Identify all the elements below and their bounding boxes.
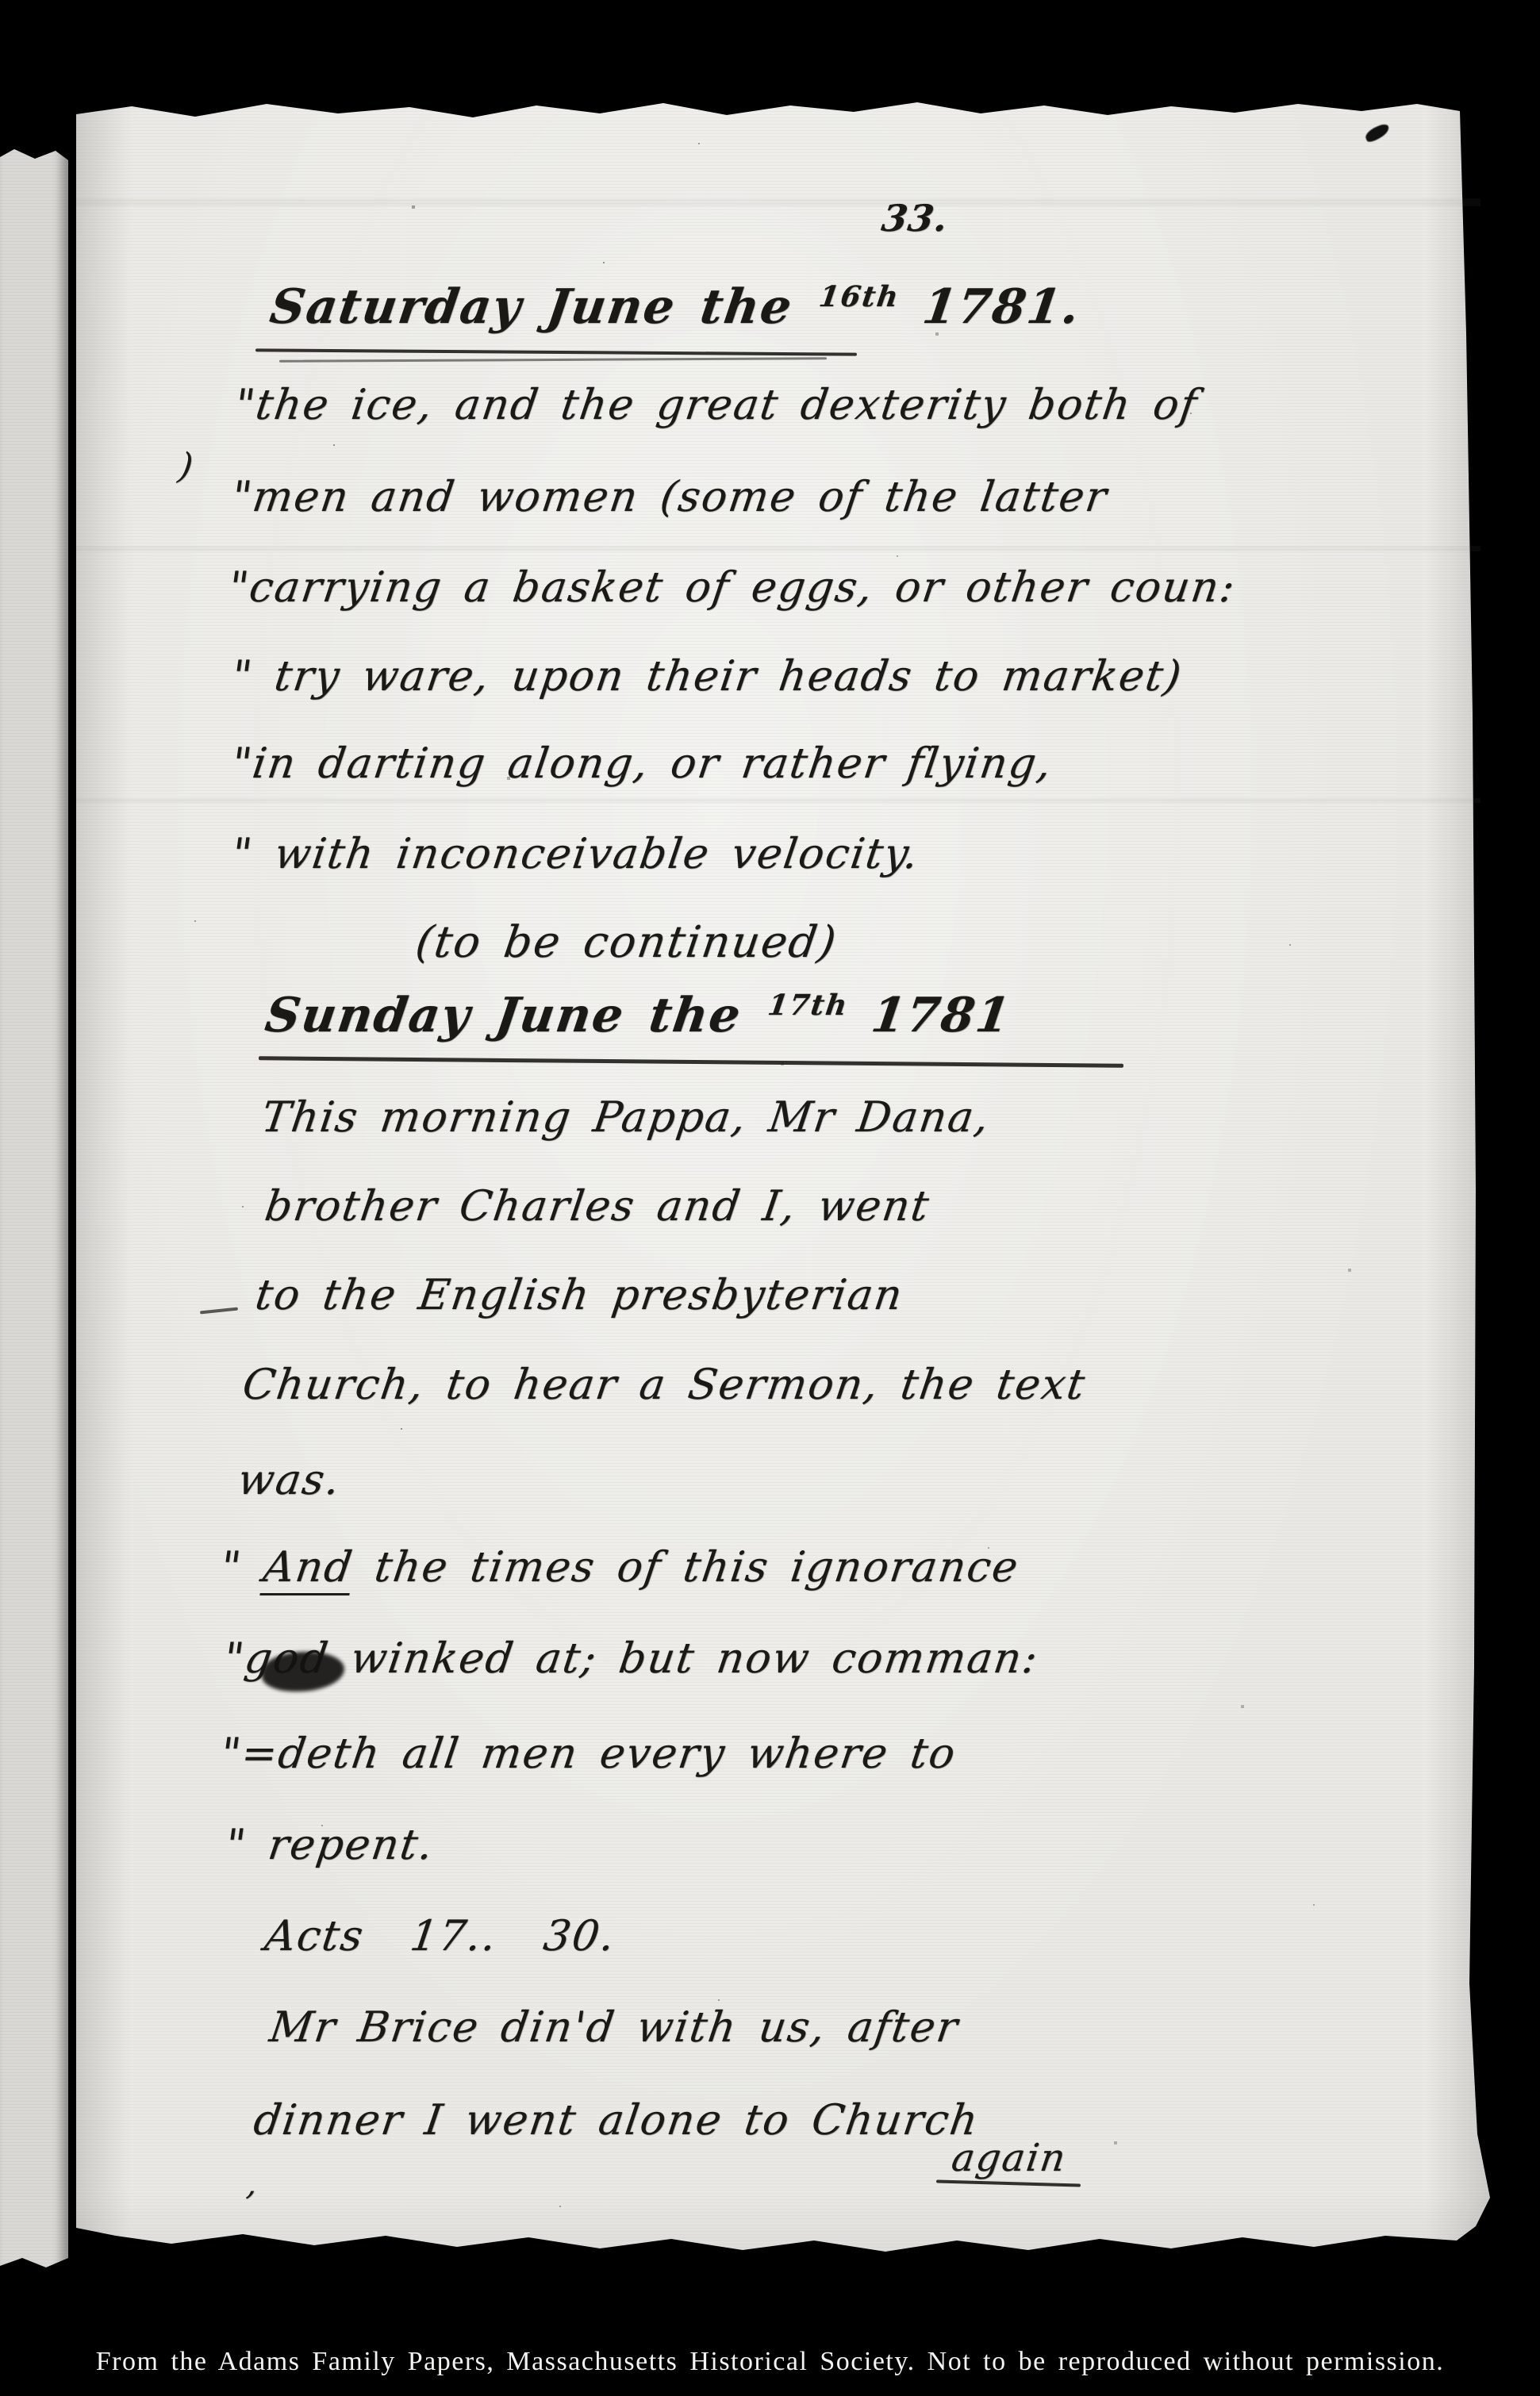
- entry-line: " try ware, upon their heads to market): [229, 652, 1185, 701]
- quote-open-mark: ": [217, 1543, 267, 1592]
- entry-line: dinner I went alone to Church: [251, 2096, 982, 2144]
- scripture-quote-line: " And the times of this ignorance: [217, 1543, 1022, 1592]
- heading-saturday-ordinal-day: 16th: [817, 280, 902, 313]
- entry-line: " with inconceivable velocity.: [229, 830, 923, 878]
- entry-line: "the ice, and the great dexterity both o…: [232, 381, 1201, 429]
- scanned-manuscript-screenshot: { "page_number": "33.", "heading_saturda…: [0, 0, 1540, 2396]
- heading-sunday-year: 1781: [843, 988, 1015, 1043]
- quote-line-rest: the times of this ignorance: [350, 1543, 1023, 1592]
- entry-line: was.: [235, 1456, 344, 1504]
- scripture-citation: Acts 17.. 30.: [262, 1912, 619, 1960]
- scan-band: [76, 546, 1480, 551]
- scripture-quote-line: "=deth all men every where to: [217, 1730, 959, 1778]
- continuation-note: (to be continued): [413, 916, 840, 967]
- scripture-quote-line: "god winked at; but now comman:: [221, 1634, 1042, 1683]
- heading-sunday-prefix: Sunday June the: [262, 988, 770, 1043]
- page-number: 33.: [879, 197, 951, 240]
- adjacent-page-edge: [0, 0, 68, 2285]
- entry-heading-saturday: Saturday June the 16th 1781.: [267, 279, 1084, 335]
- entry-line: "in darting along, or rather flying,: [229, 739, 1055, 788]
- entry-line: This morning Pappa, Mr Dana,: [259, 1093, 993, 1142]
- scan-band: [76, 198, 1480, 206]
- entry-heading-sunday: Sunday June the 17th 1781: [262, 988, 1015, 1043]
- scan-band: [76, 798, 1480, 803]
- heading-saturday-year: 1781.: [894, 279, 1085, 335]
- entry-line: brother Charles and I, went: [262, 1182, 933, 1231]
- entry-line: "carrying a basket of eggs, or other cou…: [225, 563, 1239, 612]
- entry-line: Church, to hear a Sermon, the text: [240, 1361, 1089, 1409]
- heading-saturday-prefix: Saturday June the: [267, 279, 822, 335]
- dust-speckles: [0, 0, 2, 2]
- heading-sunday-ordinal-day: 17th: [766, 989, 851, 1022]
- inserted-word-again: again: [949, 2136, 1070, 2180]
- underlined-word-and: And: [260, 1543, 357, 1595]
- entry-line: "men and women (some of the latter: [229, 473, 1111, 521]
- archive-attribution-caption: From the Adams Family Papers, Massachuse…: [0, 2347, 1540, 2377]
- scripture-quote-line: " repent.: [222, 1821, 437, 1869]
- entry-line: Mr Brice din'd with us, after: [267, 2003, 962, 2052]
- entry-line: to the English presbyterian: [252, 1271, 906, 1319]
